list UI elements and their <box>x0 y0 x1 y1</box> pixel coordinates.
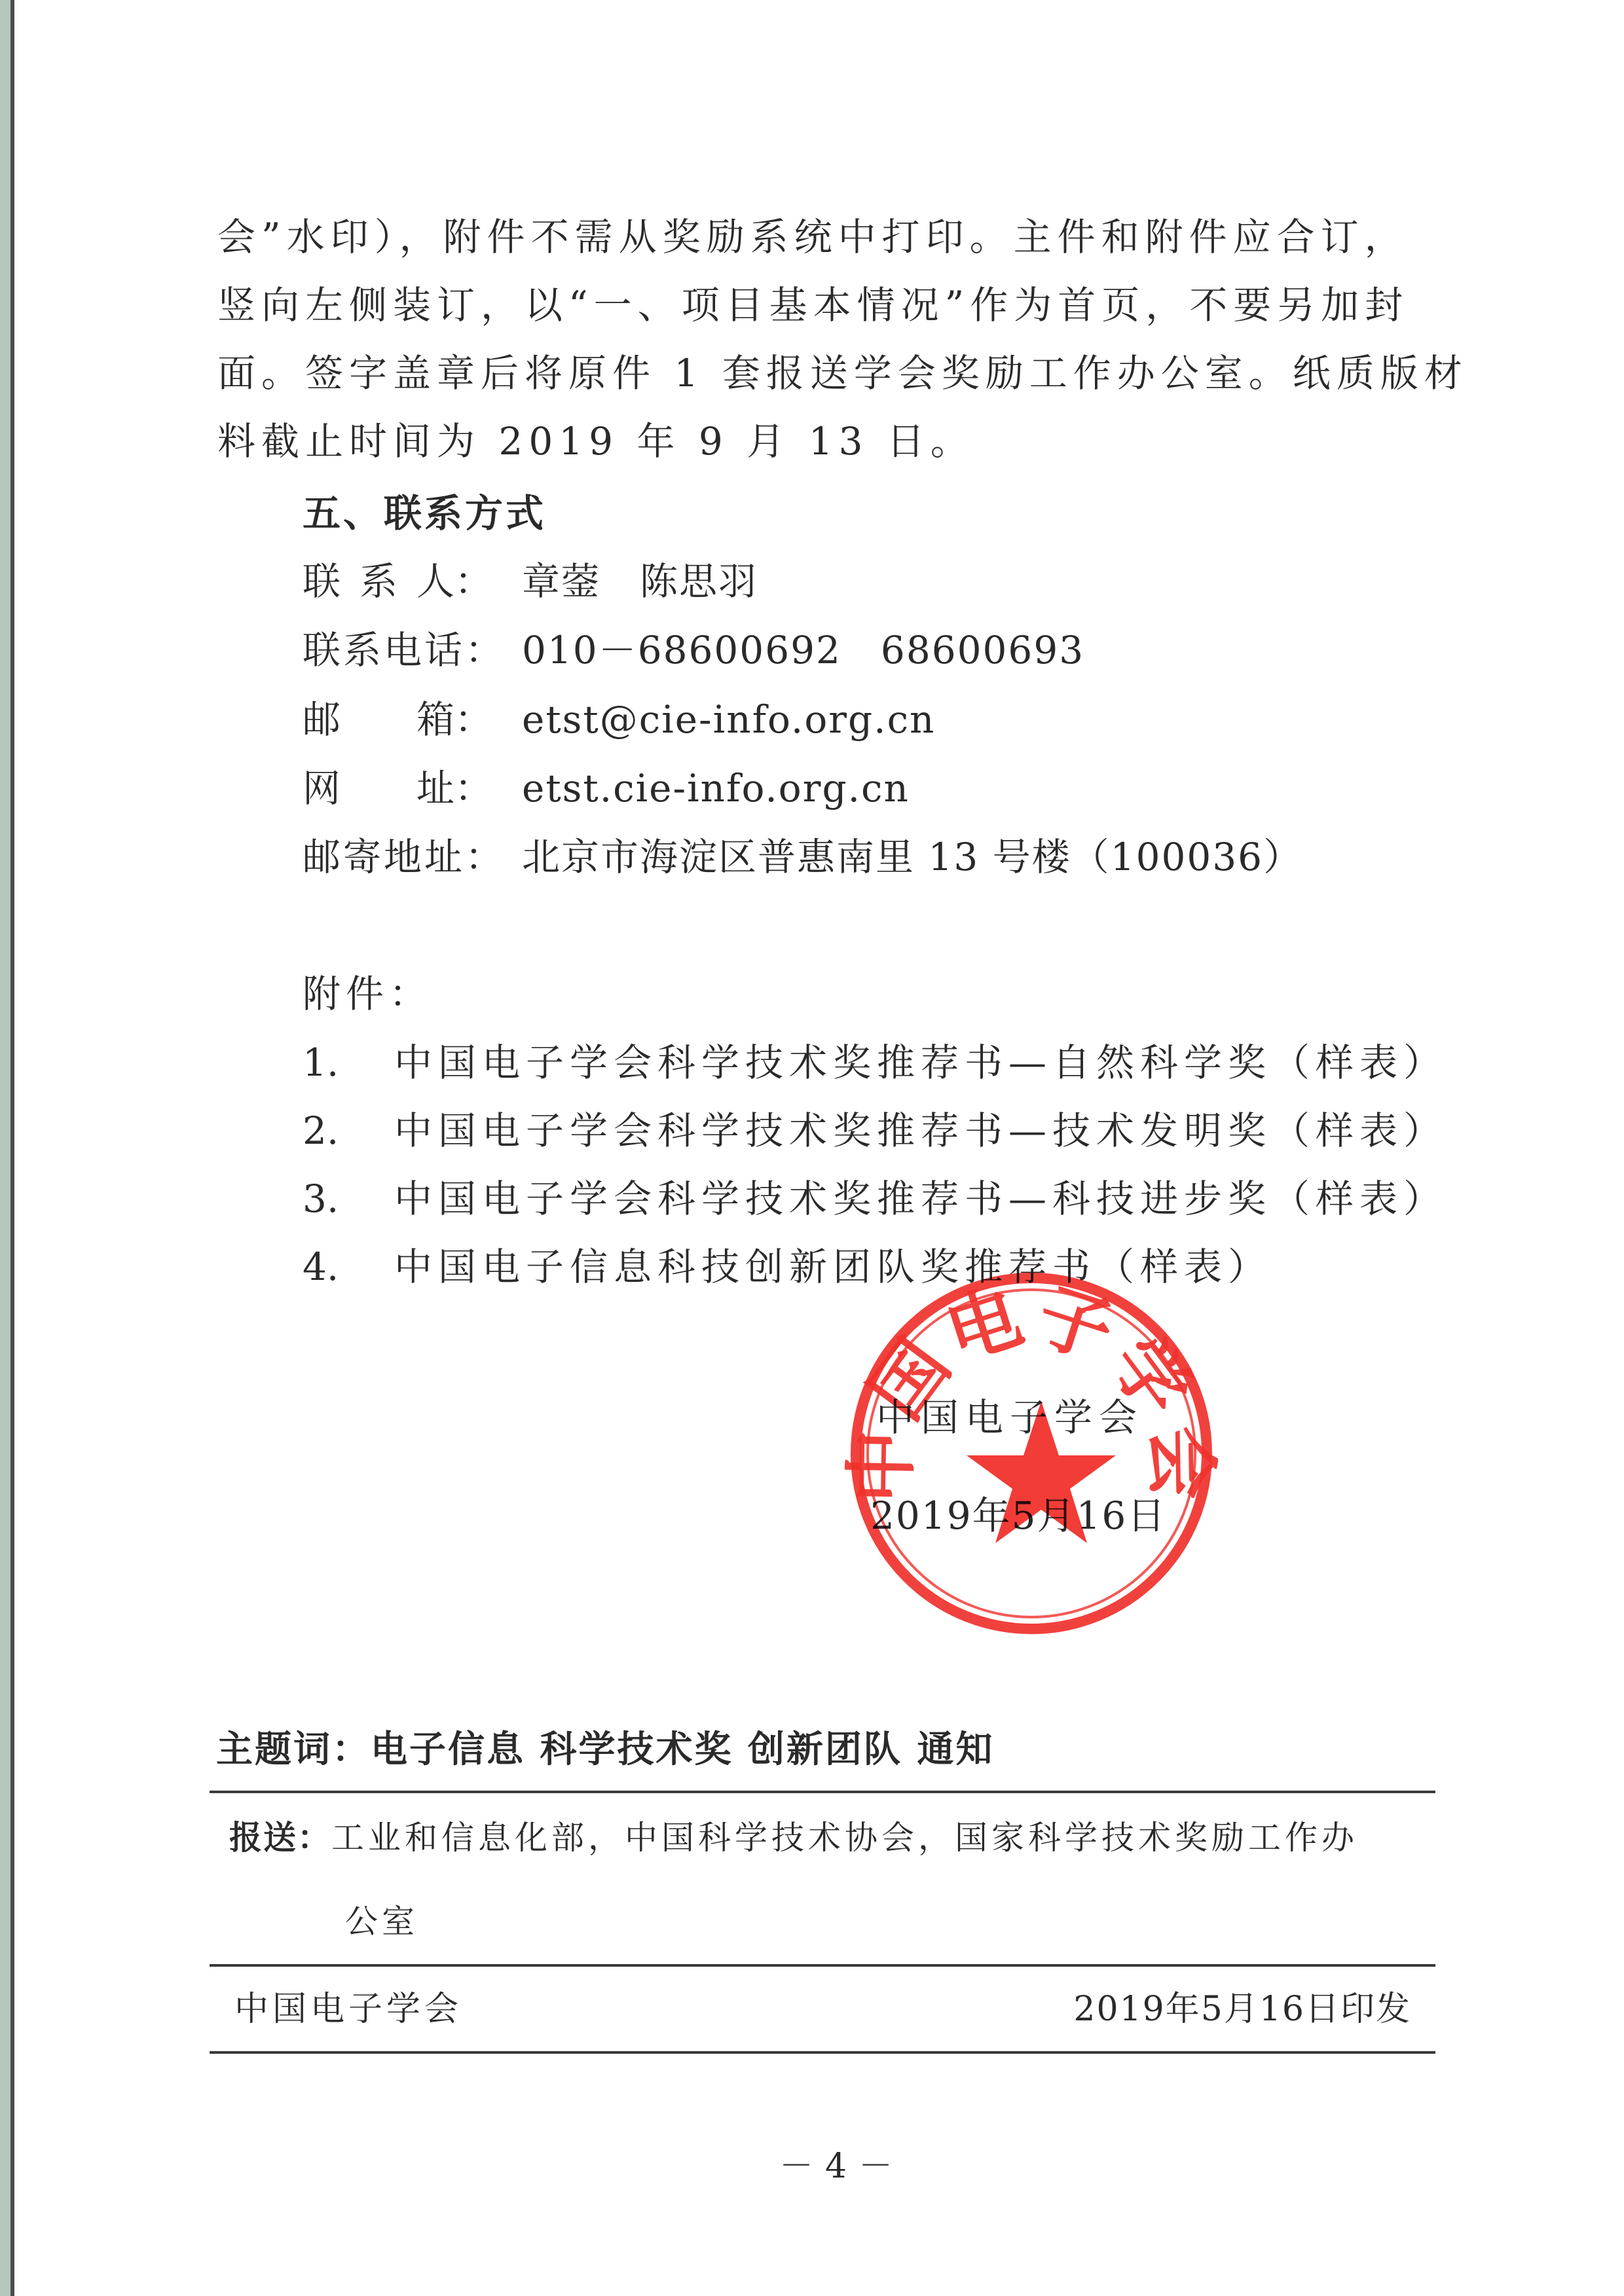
contact-row-person: 联 系 人： 章蓥 陈思羽 <box>303 562 758 600</box>
label-char: 系 <box>360 562 397 600</box>
attachment-number: 4. <box>303 1248 394 1286</box>
official-seal-icon: 中国电子学会 <box>845 1267 1218 1640</box>
attachment-item: 3.中国电子学会科学技术奖推荐书—科技进步奖（样表） <box>303 1180 1447 1218</box>
website-link[interactable]: etst.cie-info.org.cn <box>522 766 910 811</box>
contact-label: 联 系 人： <box>303 562 492 600</box>
contact-label: 邮寄地址： <box>303 838 522 876</box>
subject-keywords: 主题词：电子信息 科学技术奖 创新团队 通知 <box>216 1731 995 1768</box>
contact-label: 网 址： <box>303 769 492 807</box>
scan-border-line <box>10 0 14 2296</box>
contact-label: 邮 箱： <box>303 701 492 738</box>
page-number: －4－ <box>779 2149 904 2183</box>
contact-row-email: 邮 箱： etst@cie-info.org.cn <box>303 701 935 738</box>
cc-recipients: 工业和信息化部，中国科学技术协会，国家科学技术奖励工作办 <box>331 1819 1358 1857</box>
paragraph-line: 料截止时间为 2019 年 9 月 13 日。 <box>217 422 974 460</box>
cc-label: 报送： <box>229 1818 331 1857</box>
attachment-title: 中国电子学会科学技术奖推荐书—科技进步奖（样表） <box>394 1176 1447 1221</box>
cc-line-continued: 公室 <box>345 1905 418 1938</box>
paragraph-line: 面。签字盖章后将原件 1 套报送学会奖励工作办公室。纸质版材 <box>217 354 1468 392</box>
divider-middle <box>210 1964 1435 1967</box>
contact-label: 联系电话： <box>303 631 522 669</box>
contact-row-address: 邮寄地址：北京市海淀区普惠南里 13 号楼（100036） <box>303 838 1302 876</box>
attachment-item: 1.中国电子学会科学技术奖推荐书—自然科学奖（样表） <box>303 1044 1447 1082</box>
label-char: 人： <box>416 562 492 600</box>
section-heading: 五、联系方式 <box>303 494 546 532</box>
email-link[interactable]: etst@cie-info.org.cn <box>522 697 935 742</box>
attachment-item: 2.中国电子学会科学技术奖推荐书—技术发明奖（样表） <box>303 1112 1447 1150</box>
attachments-title: 附件： <box>303 975 432 1013</box>
attachment-number: 3. <box>303 1180 394 1218</box>
contact-value: 北京市海淀区普惠南里 13 号楼（100036） <box>522 835 1302 879</box>
issuer: 中国电子学会 <box>234 1992 462 2026</box>
label-char: 址： <box>416 769 492 807</box>
scan-edge <box>0 0 10 2296</box>
label-char: 箱： <box>416 701 492 738</box>
cc-line: 报送：工业和信息化部，中国科学技术协会，国家科学技术奖励工作办 <box>229 1821 1358 1854</box>
label-char: 网 <box>303 769 341 807</box>
label-char: 邮 <box>303 701 341 738</box>
attachment-title: 中国电子学会科学技术奖推荐书—技术发明奖（样表） <box>394 1108 1447 1153</box>
contact-row-phone: 联系电话：010－68600692 68600693 <box>303 631 1084 669</box>
label-char: 联 <box>303 562 341 600</box>
contact-value: 章蓥 陈思羽 <box>522 559 758 604</box>
divider-top <box>210 1791 1435 1793</box>
issue-date: 2019年5月16日印发 <box>1073 1992 1411 2026</box>
paragraph-line: 竖向左侧装订，以“一、项目基本情况”作为首页，不要另加封 <box>217 286 1409 324</box>
attachment-title: 中国电子学会科学技术奖推荐书—自然科学奖（样表） <box>394 1040 1447 1085</box>
contact-value: 010－68600692 68600693 <box>522 628 1084 672</box>
attachment-number: 1. <box>303 1044 394 1082</box>
attachment-number: 2. <box>303 1112 394 1150</box>
paragraph-line: 会”水印），附件不需从奖励系统中打印。主件和附件应合订， <box>217 218 1409 256</box>
contact-row-website: 网 址： etst.cie-info.org.cn <box>303 769 910 807</box>
divider-bottom <box>210 2051 1435 2054</box>
